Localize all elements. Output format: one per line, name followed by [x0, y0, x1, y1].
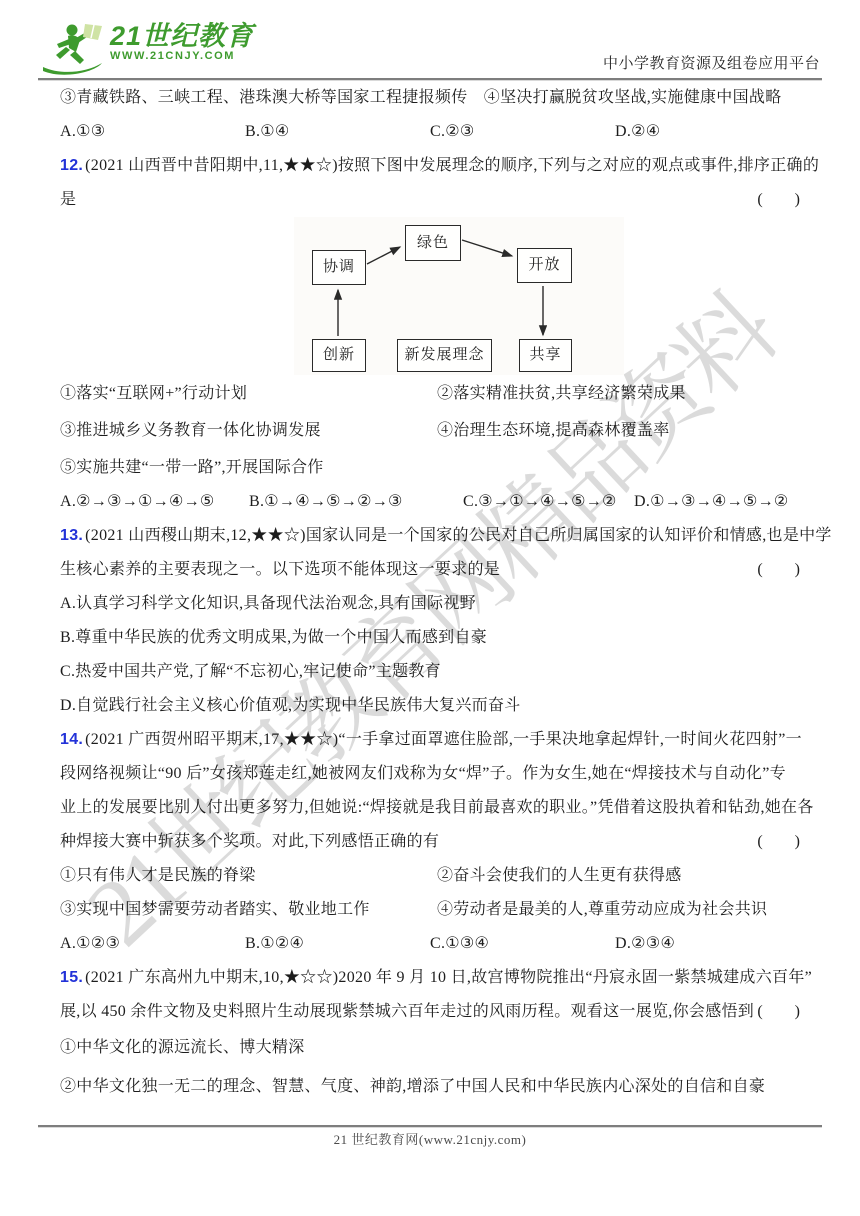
q15-stem-line-1: 15.(2021 广东高州九中期末,10,★☆☆)2020 年 9 月 10 日…: [60, 961, 800, 995]
diagram-box-sharing: 共享: [519, 339, 572, 372]
q12-answer-row: A.②→③→①→④→⑤ B.①→④→⑤→②→③ C.③→①→④→⑤→② D.①→…: [60, 485, 800, 519]
q13-option-b: B.尊重中华民族的优秀文明成果,为做一个中国人而感到自豪: [60, 621, 800, 655]
diagram-box-green: 绿色: [405, 225, 461, 261]
q12-option-row-2: ③推进城乡义务教育一体化协调发展 ④治理生态环境,提高森林覆盖率: [60, 414, 800, 448]
answer-bracket: ( ): [757, 995, 800, 1029]
answer-option-b: B.①②④: [245, 927, 430, 961]
answer-option-d: D.①→③→④→⑤→②: [634, 485, 800, 519]
q11-answer-row: A.①③ B.①④ C.②③ D.②④: [60, 115, 800, 149]
q14-option-row-1: ①只有伟人才是民族的脊梁 ②奋斗会使我们的人生更有获得感: [60, 859, 800, 893]
q14-stem-line-3: 业上的发展要比别人付出更多努力,但她说:“焊接就是我目前最喜欢的职业。”凭借着这…: [60, 791, 800, 825]
q11-options-line: ③青藏铁路、三峡工程、港珠澳大桥等国家工程捷报频传 ④坚决打赢脱贫攻坚战,实施健…: [60, 81, 800, 115]
q14-stem-text: (2021 广西贺州昭平期末,17,★★☆)“一手拿过面罩遮住脸部,一手果决地拿…: [85, 731, 802, 748]
q12-stem-text-cont: 是: [60, 183, 76, 217]
exam-paper-page: 21世纪教育网精品资料 21世纪教育 www.21cnjy.com 中小学教育资…: [0, 0, 860, 1216]
question-number: 15.: [60, 969, 83, 986]
header-divider: [38, 78, 822, 80]
q15-option-1: ①中华文化的源远流长、博大精深: [60, 1031, 800, 1065]
q13-stem-line-2: 生核心素养的主要表现之一。以下选项不能体现这一要求的是 ( ): [60, 553, 800, 587]
answer-bracket: ( ): [757, 183, 800, 217]
footer-site-text: 21 世纪教育网(www.21cnjy.com): [0, 1129, 860, 1148]
q12-option-4: ④治理生态环境,提高森林覆盖率: [437, 414, 800, 448]
answer-option-c: C.②③: [430, 115, 615, 149]
q14-answer-row: A.①②③ B.①②④ C.①③④ D.②③④: [60, 927, 800, 961]
brand-logo: 21世纪教育 www.21cnjy.com: [42, 22, 254, 78]
q12-stem-text: (2021 山西晋中昔阳期中,11,★★☆)按照下图中发展理念的顺序,下列与之对…: [85, 157, 819, 174]
question-number: 12.: [60, 157, 83, 174]
answer-option-d: D.②④: [615, 115, 800, 149]
q15-stem-text: (2021 广东高州九中期末,10,★☆☆)2020 年 9 月 10 日,故宫…: [85, 969, 812, 986]
q12-option-2: ②落实精准扶贫,共享经济繁荣成果: [437, 377, 800, 411]
question-number: 14.: [60, 731, 83, 748]
q13-option-a: A.认真学习科学文化知识,具备现代法治观念,具有国际视野: [60, 587, 800, 621]
answer-option-a: A.②→③→①→④→⑤: [60, 485, 249, 519]
q13-option-c: C.热爱中国共产党,了解“不忘初心,牢记使命”主题教育: [60, 655, 800, 689]
answer-option-a: A.①③: [60, 115, 245, 149]
answer-bracket: ( ): [757, 553, 800, 587]
brand-text-block: 21世纪教育 www.21cnjy.com: [110, 22, 254, 63]
q14-option-4: ④劳动者是最美的人,尊重劳动应成为社会共识: [437, 893, 800, 927]
answer-option-a: A.①②③: [60, 927, 245, 961]
answer-option-b: B.①④: [245, 115, 430, 149]
q15-option-2: ②中华文化独一无二的理念、智慧、气度、神韵,增添了中国人民和中华民族内心深处的自…: [60, 1070, 800, 1104]
answer-option-c: C.③→①→④→⑤→②: [463, 485, 634, 519]
q14-option-2: ②奋斗会使我们的人生更有获得感: [437, 859, 800, 893]
runner-logo-icon: [42, 22, 106, 78]
q12-stem-line-1: 12.(2021 山西晋中昔阳期中,11,★★☆)按照下图中发展理念的顺序,下列…: [60, 149, 800, 183]
q15-stem-line-2: 展,以 450 余件文物及史料照片生动展现紫禁城六百年走过的风雨历程。观看这一展…: [60, 995, 800, 1029]
q14-stem-line-4: 种焊接大赛中斩获多个奖项。对此,下列感悟正确的有 ( ): [60, 825, 800, 859]
page-header: 21世纪教育 www.21cnjy.com 中小学教育资源及组卷应用平台: [0, 0, 860, 80]
q12-option-row-1: ①落实“互联网+”行动计划 ②落实精准扶贫,共享经济繁荣成果: [60, 377, 800, 411]
exam-content: ③青藏铁路、三峡工程、港珠澳大桥等国家工程捷报频传 ④坚决打赢脱贫攻坚战,实施健…: [60, 81, 800, 1104]
q14-option-row-2: ③实现中国梦需要劳动者踏实、敬业地工作 ④劳动者是最美的人,尊重劳动应成为社会共…: [60, 893, 800, 927]
q14-option-3: ③实现中国梦需要劳动者踏实、敬业地工作: [60, 893, 437, 927]
brand-url: www.21cnjy.com: [110, 50, 254, 63]
answer-option-d: D.②③④: [615, 927, 800, 961]
brand-name: 21世纪教育: [110, 22, 254, 50]
answer-option-c: C.①③④: [430, 927, 615, 961]
q12-stem-line-2: 是 ( ): [60, 183, 800, 217]
answer-bracket: ( ): [757, 825, 800, 859]
footer-divider: [38, 1125, 822, 1127]
diagram-box-open: 开放: [517, 248, 572, 283]
q12-option-3: ③推进城乡义务教育一体化协调发展: [60, 414, 437, 448]
diagram-box-innovation: 创新: [312, 339, 366, 372]
q13-stem-text-cont: 生核心素养的主要表现之一。以下选项不能体现这一要求的是: [60, 553, 500, 587]
diagram-box-coordination: 协调: [312, 250, 366, 285]
q15-stem-text-cont: 展,以 450 余件文物及史料照片生动展现紫禁城六百年走过的风雨历程。观看这一展…: [60, 995, 754, 1029]
q12-option-5: ⑤实施共建“一带一路”,开展国际合作: [60, 451, 800, 485]
q14-stem-line-1: 14.(2021 广西贺州昭平期末,17,★★☆)“一手拿过面罩遮住脸部,一手果…: [60, 723, 800, 757]
q14-stem-line-2: 段网络视频让“90 后”女孩郑莲走红,她被网友们戏称为女“焊”子。作为女生,她在…: [60, 757, 800, 791]
question-number: 13.: [60, 527, 83, 544]
platform-tagline: 中小学教育资源及组卷应用平台: [603, 52, 820, 73]
q12-option-1: ①落实“互联网+”行动计划: [60, 377, 437, 411]
diagram-box-new-concept: 新发展理念: [397, 339, 492, 372]
q14-option-1: ①只有伟人才是民族的脊梁: [60, 859, 437, 893]
q12-diagram: 协调 绿色 开放 创新 新发展理念 共享: [294, 217, 624, 375]
q13-stem-line-1: 13.(2021 山西稷山期末,12,★★☆)国家认同是一个国家的公民对自己所归…: [60, 519, 800, 553]
answer-option-b: B.①→④→⑤→②→③: [249, 485, 463, 519]
q13-option-d: D.自觉践行社会主义核心价值观,为实现中华民族伟大复兴而奋斗: [60, 689, 800, 723]
q13-stem-text: (2021 山西稷山期末,12,★★☆)国家认同是一个国家的公民对自己所归属国家…: [85, 527, 832, 544]
q14-stem-text-cont: 种焊接大赛中斩获多个奖项。对此,下列感悟正确的有: [60, 825, 439, 859]
